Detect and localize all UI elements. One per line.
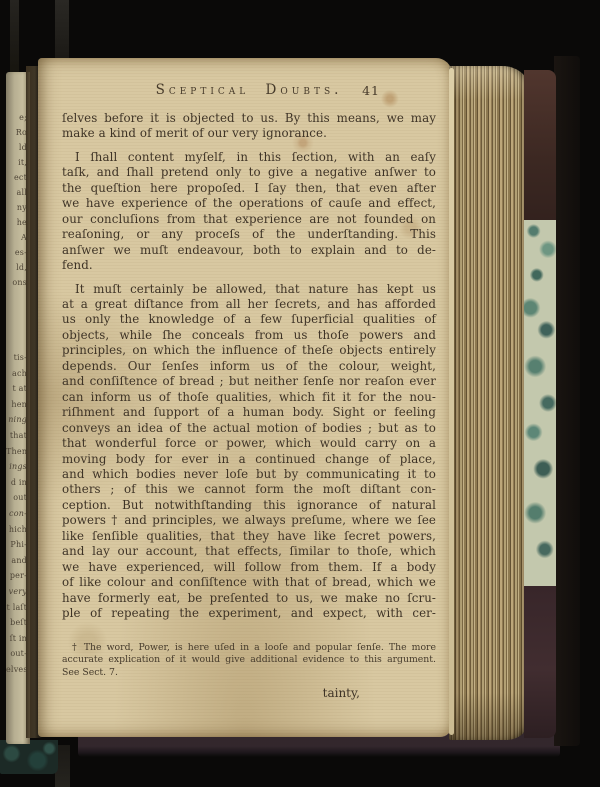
page-fragment: Ro xyxy=(6,125,27,140)
body-text: ſelves before it is objected to us. By t… xyxy=(62,111,436,622)
page-fragment: elves xyxy=(6,662,27,678)
text-line: ple of repeating the experiment, and exp… xyxy=(62,606,436,621)
text-line: conveys an idea of the actual motion of … xyxy=(62,421,436,436)
back-board-edge xyxy=(554,56,580,746)
page-fragment: it, xyxy=(6,155,27,170)
page-fragment: beſt xyxy=(6,615,27,631)
page-block-edge xyxy=(449,68,454,735)
text-line: reaſoning, or any proceſs of the underſt… xyxy=(62,227,436,242)
text-line: depends. Our ſenſes inform us of the col… xyxy=(62,359,436,374)
page-fragment: ſt in xyxy=(6,631,27,647)
text-line: and lay our account, that effects, ſimil… xyxy=(62,544,436,559)
paragraph: It muſt certainly be allowed, that natur… xyxy=(62,282,436,622)
book-cradle-top xyxy=(55,0,69,62)
page-fragment: ning xyxy=(6,412,27,428)
book-clamp-top-left xyxy=(10,0,19,72)
text-line: taſk, and ſhall pretend only to give a n… xyxy=(62,165,436,180)
page-fragment: ny xyxy=(6,200,27,215)
left-page-fragments-top: e;Roldit,ectallnyheAes-ld,ons xyxy=(6,110,27,290)
text-line: of like colour and conſiſtence with that… xyxy=(62,575,436,590)
leather-spine-bottom xyxy=(524,586,556,738)
page-fragment: A xyxy=(6,230,27,245)
text-line: that wonderful force or power, which wou… xyxy=(62,436,436,451)
page-fragment: very xyxy=(6,584,27,600)
book-page: Sceptical Doubts. 41 ſelves before it is… xyxy=(38,58,452,737)
text-line: It muſt certainly be allowed, that natur… xyxy=(62,282,436,297)
text-line: can inform us of thoſe qualities, which … xyxy=(62,390,436,405)
page-fragment: ect xyxy=(6,170,27,185)
page-fragment: hich xyxy=(6,522,27,538)
text-line: ception. But notwithſtanding this ignora… xyxy=(62,498,436,513)
photo-of-open-book: { "colors": { "background": "#0a0908", "… xyxy=(0,0,600,787)
page-fragment: per- xyxy=(6,568,27,584)
leather-spine-top xyxy=(524,70,556,220)
text-line: we have experience of the operations of … xyxy=(62,196,436,211)
page-fragment: e; xyxy=(6,110,27,125)
book-cover-strip xyxy=(524,70,556,738)
page-fragment: all xyxy=(6,185,27,200)
text-line: us only the knowledge of a few ſuperfici… xyxy=(62,312,436,327)
page-fragment: ings xyxy=(6,459,27,475)
page-fragment: tis- xyxy=(6,350,27,366)
page-fragment: con- xyxy=(6,506,27,522)
text-line: and which bodies never loſe but by commu… xyxy=(62,467,436,482)
text-line: objects, while ſhe conceals from us thoſ… xyxy=(62,328,436,343)
page-fragment: es- xyxy=(6,245,27,260)
page-fragment: t at xyxy=(6,381,27,397)
text-line: make a kind of merit of our very ignoran… xyxy=(62,126,436,141)
page-header: Sceptical Doubts. 41 xyxy=(62,82,436,99)
text-line: we have experienced, will follow from th… xyxy=(62,560,436,575)
page-fragment: ld, xyxy=(6,260,27,275)
text-line: fend. xyxy=(62,258,436,273)
text-line: moving body for ever in a continued chan… xyxy=(62,452,436,467)
marbled-paper xyxy=(524,220,556,586)
marbled-cover-corner-bottom-left xyxy=(0,740,58,774)
text-line: our concluſions from that experience are… xyxy=(62,212,436,227)
page-fragment: that xyxy=(6,428,27,444)
page-fragment: Phi- xyxy=(6,537,27,553)
page-fragment: ld xyxy=(6,140,27,155)
page-fragment: Then xyxy=(6,444,27,460)
text-line: the queſtion here propoſed. I ſay then, … xyxy=(62,181,436,196)
text-line: riſhment and ſupport of a human body. Si… xyxy=(62,405,436,420)
page-fragment: out- xyxy=(6,646,27,662)
page-fragment: d in xyxy=(6,475,27,491)
page-fragment: out xyxy=(6,490,27,506)
page-fragment: ons xyxy=(6,275,27,290)
text-line: have formerly eat, be preſented to us, w… xyxy=(62,591,436,606)
text-line: I ſhall content myſelf, in this ſection,… xyxy=(62,150,436,165)
text-line: like ſenſible qualities, that they have … xyxy=(62,529,436,544)
text-line: at a great diſtance from all her ſecrets… xyxy=(62,297,436,312)
page-fragment: ach xyxy=(6,366,27,382)
footnote-line: † The word, Power, is here uſed in a loo… xyxy=(62,642,436,655)
footnote-line: accurate explication of it would give ad… xyxy=(62,654,436,667)
footnote: † The word, Power, is here uſed in a loo… xyxy=(62,642,436,680)
left-page-fragments-bottom: tis-acht athenningthatTheningsd inoutcon… xyxy=(6,350,27,677)
text-line: principles, on which the influence of th… xyxy=(62,343,436,358)
paragraph: ſelves before it is objected to us. By t… xyxy=(62,111,436,142)
text-line: ſelves before it is objected to us. By t… xyxy=(62,111,436,126)
text-line: powers † and principles, we always preſu… xyxy=(62,513,436,528)
page-fragment: and xyxy=(6,553,27,569)
page-fragment: t laſt xyxy=(6,600,27,616)
fore-edge-page-stack xyxy=(449,66,528,740)
page-fragment: hen xyxy=(6,397,27,413)
text-line: and conſiſtence of bread ; but neither ſ… xyxy=(62,374,436,389)
footnote-line: See Sect. 7. xyxy=(62,667,436,680)
paragraph: I ſhall content myſelf, in this ſection,… xyxy=(62,150,436,274)
text-line: anſwer we muſt endeavour, both to explai… xyxy=(62,243,436,258)
text-line: others ; of this we cannot form the moſt… xyxy=(62,482,436,497)
catchword: tainty, xyxy=(62,686,436,700)
page-fragment: he xyxy=(6,215,27,230)
page-number: 41 xyxy=(362,83,380,98)
